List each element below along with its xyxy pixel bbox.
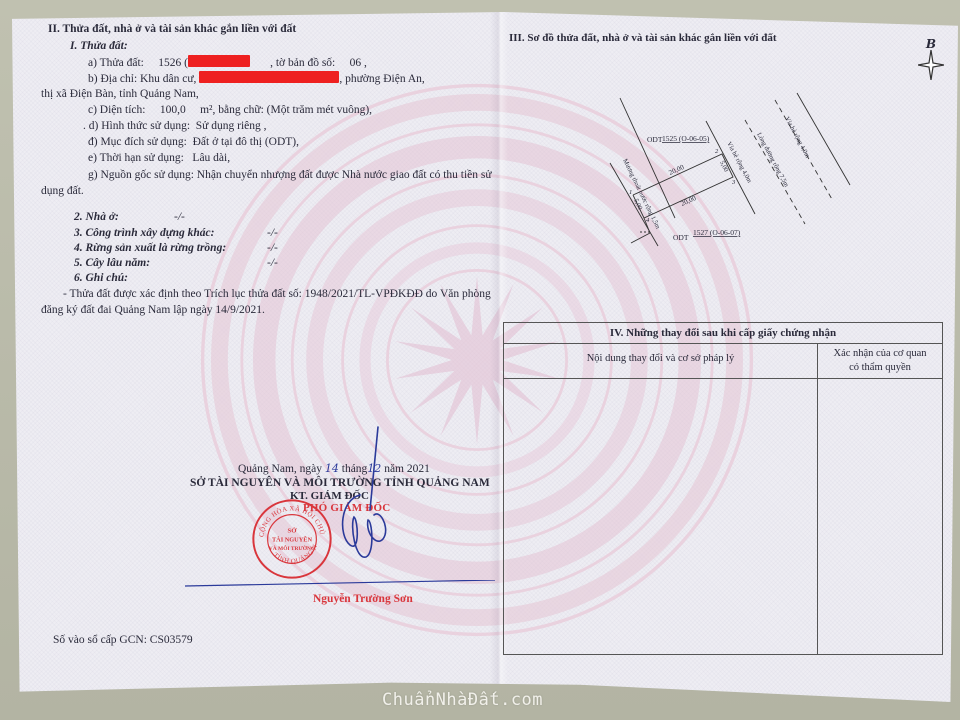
changes-table-header: Nội dung thay đổi và cơ sở pháp lý Xác n…: [504, 344, 942, 379]
svg-text:Mương thoát nước rộng 1,5m: Mương thoát nước rộng 1,5m: [621, 158, 661, 230]
svg-text:ODT: ODT: [673, 233, 689, 242]
svg-text:20,00: 20,00: [680, 194, 698, 208]
changes-content-cell: [504, 379, 818, 654]
changes-confirmation-cell: [818, 379, 942, 654]
svg-text:2: 2: [715, 148, 719, 155]
svg-text:1525 (O-06-05): 1525 (O-06-05): [662, 134, 710, 143]
section-plot-diagram: III. Sơ đồ thửa đất, nhà ở và tài sản kh…: [0, 0, 960, 720]
changes-table-body: [504, 379, 942, 654]
column-header-confirmation: Xác nhận của cơ quan có thẩm quyền: [818, 344, 942, 378]
site-watermark: ChuẩnNhàĐất.com: [382, 690, 543, 710]
svg-text:1: 1: [629, 189, 632, 196]
section-3-title: III. Sơ đồ thửa đất, nhà ở và tài sản kh…: [509, 32, 777, 44]
column-header-content: Nội dung thay đổi và cơ sở pháp lý: [504, 344, 818, 378]
north-label: B: [918, 38, 944, 50]
svg-text:Lòng đường rộng 7,5m: Lòng đường rộng 7,5m: [755, 132, 790, 189]
section-4-title: IV. Những thay đổi sau khi cấp giấy chứn…: [504, 323, 942, 344]
svg-text:Vỉa hè rộng 4,0m: Vỉa hè rộng 4,0m: [783, 116, 811, 159]
svg-text:Vỉa hè rộng 4,0m: Vỉa hè rộng 4,0m: [725, 141, 753, 184]
svg-text:ODT: ODT: [647, 135, 663, 144]
svg-text:3: 3: [731, 179, 736, 186]
north-arrow-icon: B: [918, 38, 944, 82]
plot-sketch: ODT 1525 (O-06-05) ODT 1527 (O-06-07) 20…: [600, 78, 890, 278]
svg-text:1527 (O-06-07): 1527 (O-06-07): [693, 228, 741, 237]
changes-table: IV. Những thay đổi sau khi cấp giấy chứn…: [503, 322, 943, 655]
